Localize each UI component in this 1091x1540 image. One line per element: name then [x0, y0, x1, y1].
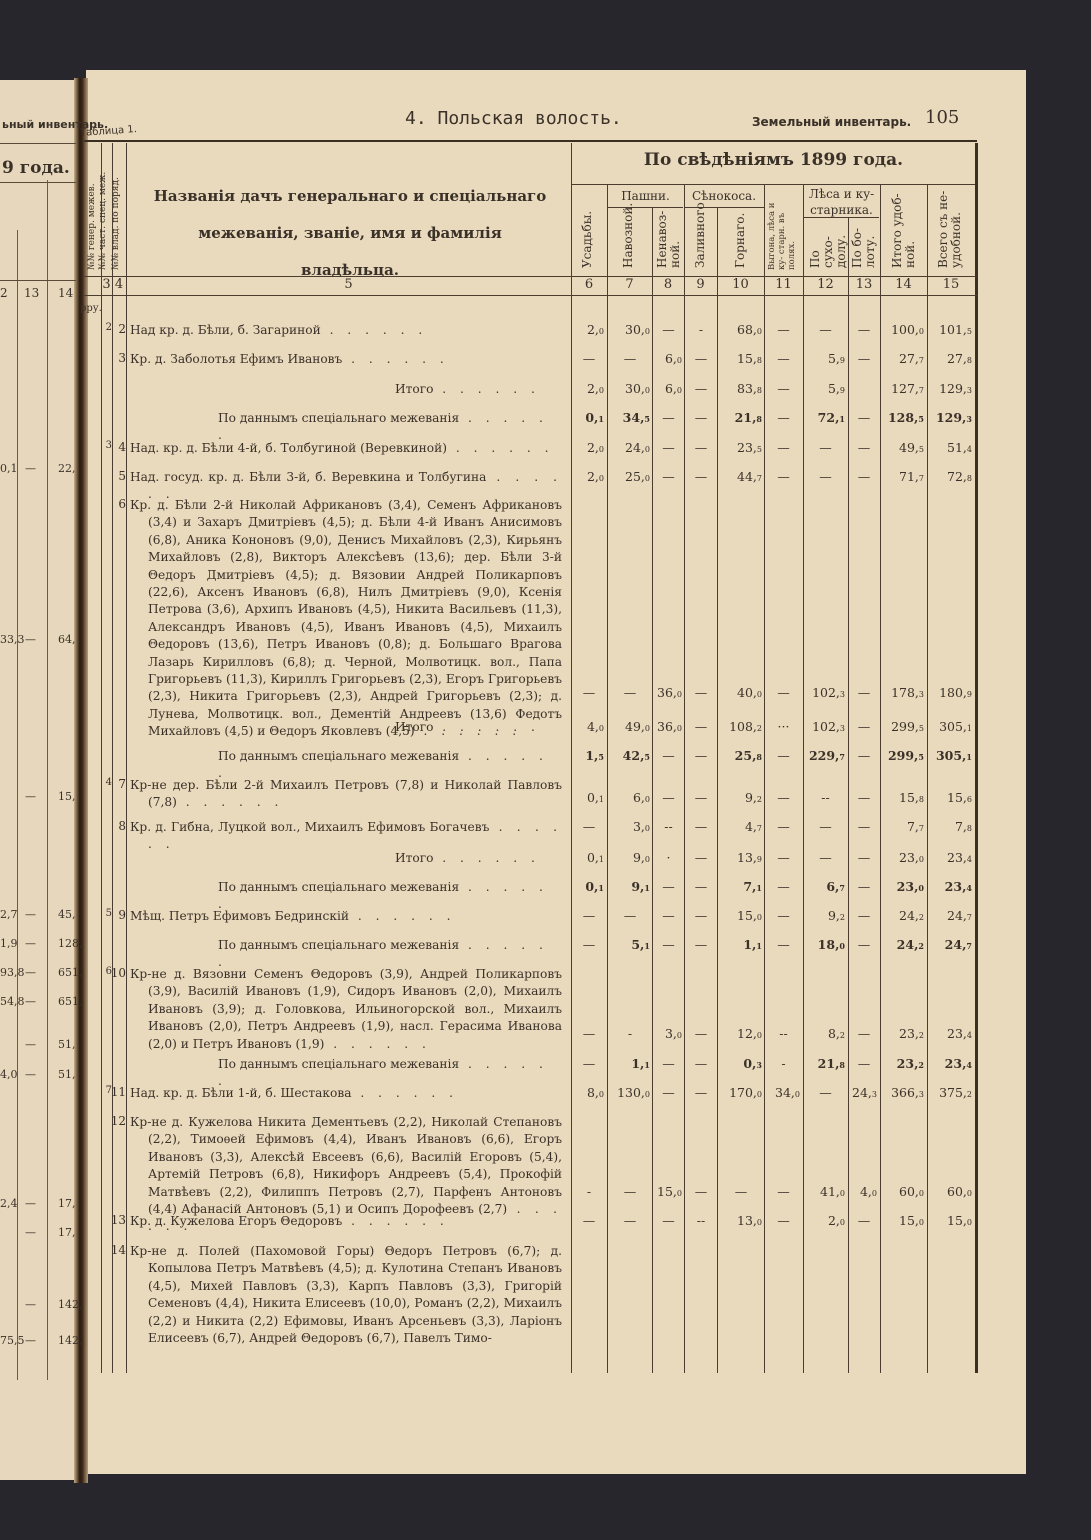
- col-header-part-survey: №№ част. спец. меж.: [97, 172, 110, 270]
- description-text: Над кр. д. Бѣли, б. Загариной: [130, 323, 321, 337]
- value-cell-col-8: 6,0: [652, 381, 682, 396]
- value-cell-col-8: —: [652, 322, 685, 337]
- description-text: Итого: [395, 720, 433, 734]
- row-description: Итого . . . . . .: [130, 381, 562, 398]
- value-cell-col-13: 24,3: [848, 1085, 877, 1100]
- row-description: Кр. д. Гибна, Луцкой вол., Михаилъ Ефимо…: [130, 819, 562, 854]
- row-description: Кр-не д. Полей (Пахомовой Горы) Θедоръ П…: [130, 1243, 562, 1347]
- value-cell-col-12: 41,0: [803, 1184, 845, 1199]
- value-cell-col-14: 23,0: [880, 879, 924, 894]
- left-value-c14: 15,: [58, 790, 76, 803]
- left-value-c14: 128,: [58, 937, 83, 950]
- value-cell-col-8: 15,0: [652, 1184, 682, 1199]
- value-cell-col-10: 9,2: [717, 790, 762, 805]
- value-cell-col-8: —: [652, 879, 685, 894]
- marginal-note: рру.: [80, 303, 102, 314]
- left-value-c13: —: [25, 790, 36, 803]
- owner-number: 2: [108, 322, 126, 336]
- row-description: Мѣщ. Петръ Ефимовъ Бедринскій . . . . . …: [130, 908, 562, 925]
- col-header-15: Всего съ не- удобной.: [937, 188, 963, 268]
- left-value-c12: 0,1: [0, 462, 18, 475]
- row-description: Кр-не д. Вязовни Семенъ Θедоровъ (3,9), …: [130, 966, 562, 1053]
- value-cell-col-7: 30,0: [607, 381, 650, 396]
- owner-number: 7: [108, 777, 126, 791]
- owner-number: 4: [108, 440, 126, 454]
- left-rule: [0, 143, 76, 144]
- owner-number: 14: [108, 1243, 126, 1257]
- col-num-4: 4: [112, 277, 126, 292]
- table-right-rule: [975, 143, 978, 1373]
- col-num-7: 7: [607, 277, 652, 292]
- value-cell-col-9: —: [684, 748, 718, 763]
- info-1899-header: По свѣдѣніямъ 1899 года.: [572, 150, 975, 170]
- left-value-c14: 51,: [58, 1038, 76, 1051]
- leader-dots: . . . . . .: [321, 323, 428, 337]
- left-value-c13: —: [25, 937, 36, 950]
- value-cell-col-14: 60,0: [880, 1184, 924, 1199]
- value-cell-col-7: 30,0: [607, 322, 650, 337]
- value-cell-col-6: —: [571, 937, 607, 952]
- leader-dots: . . . . . .: [349, 909, 456, 923]
- description-text: Над. госуд. кр. д. Бѣли 3-й, б. Веревкин…: [130, 470, 486, 484]
- value-cell-col-13: —: [848, 351, 880, 366]
- left-value-c14: 45,: [58, 908, 76, 921]
- value-cell-col-11: —: [764, 879, 803, 894]
- value-cell-col-15: 23,4: [927, 879, 972, 894]
- value-cell-col-8: —: [652, 440, 685, 455]
- row-description: Кр. д. Заболотья Ефимъ Ивановъ . . . . .…: [130, 351, 562, 368]
- col-num-10: 10: [717, 277, 764, 292]
- description-text: По даннымъ спеціальнаго межеванія: [218, 938, 459, 952]
- value-cell-col-7: 6,0: [607, 790, 650, 805]
- owner-number: 11: [108, 1085, 126, 1099]
- value-cell-col-11: —: [764, 748, 803, 763]
- value-cell-col-8: 36,0: [652, 685, 682, 700]
- description-text: Кр. д. Кужелова Егоръ Θедоровъ: [130, 1214, 342, 1228]
- value-cell-col-9: —: [684, 410, 718, 425]
- value-cell-col-14: 100,0: [880, 322, 924, 337]
- owner-number: 8: [108, 819, 126, 833]
- description-text: Мѣщ. Петръ Ефимовъ Бедринскій: [130, 909, 349, 923]
- value-cell-col-14: 27,7: [880, 351, 924, 366]
- value-cell-col-8: —: [652, 1056, 685, 1071]
- value-cell-col-15: 60,0: [927, 1184, 972, 1199]
- value-cell-col-13: —: [848, 790, 880, 805]
- value-cell-col-11: —: [764, 322, 803, 337]
- value-cell-col-10: 21,8: [717, 410, 762, 425]
- value-cell-col-11: —: [764, 908, 803, 923]
- value-cell-col-8: 36,0: [652, 719, 682, 734]
- description-text: Над. кр. д. Бѣли 1-й, б. Шестакова: [130, 1086, 351, 1100]
- value-cell-col-11: —: [764, 1213, 803, 1228]
- value-cell-col-7: —: [607, 908, 653, 923]
- left-value-c14: 17,: [58, 1197, 76, 1210]
- leader-dots: . . . . . .: [433, 851, 540, 865]
- col-header-13: По бо- лоту.: [851, 220, 877, 268]
- description-text: Кр-не д. Кужелова Никита Дементьевъ (2,2…: [130, 1115, 562, 1216]
- left-value-c13: —: [25, 633, 36, 646]
- value-cell-col-10: 0,3: [717, 1056, 762, 1071]
- left-year-heading: 9 года.: [2, 158, 70, 178]
- value-cell-col-12: 21,8: [803, 1056, 845, 1071]
- col-num-3: 3: [101, 277, 112, 292]
- value-cell-col-8: —: [652, 469, 685, 484]
- colnum-bottom-rule: [84, 295, 977, 296]
- value-cell-col-10: 15,8: [717, 351, 762, 366]
- value-cell-col-12: —: [803, 850, 848, 865]
- value-cell-col-6: 0,1: [571, 410, 604, 425]
- value-cell-col-13: —: [848, 819, 880, 834]
- value-cell-col-9: —: [684, 908, 718, 923]
- value-cell-col-6: —: [571, 685, 607, 700]
- col-header-8: Ненавоз- ной.: [656, 208, 682, 268]
- value-cell-col-10: 13,0: [717, 1213, 762, 1228]
- names-column-header: Названія дачъ генеральнаго и спеціальнаг…: [150, 178, 550, 289]
- col-num-6: 6: [571, 277, 607, 292]
- value-cell-col-15: 305,1: [927, 748, 972, 763]
- value-cell-col-13: —: [848, 937, 880, 952]
- value-cell-col-14: 15,8: [880, 790, 924, 805]
- left-value-c12: 54,8: [0, 995, 25, 1008]
- section-title: 4. Польская волость.: [405, 108, 622, 129]
- leader-dots: . . . . . .: [342, 1214, 449, 1228]
- description-text: Итого: [395, 851, 433, 865]
- description-text: По даннымъ спеціальнаго межеванія: [218, 749, 459, 763]
- description-text: Итого: [395, 382, 433, 396]
- value-cell-col-8: —: [652, 908, 685, 923]
- value-cell-col-11: —: [764, 937, 803, 952]
- leader-dots: . . . . . .: [177, 795, 284, 809]
- value-cell-col-10: 7,1: [717, 879, 762, 894]
- value-cell-col-6: 2,0: [571, 440, 604, 455]
- owner-number: 12: [108, 1114, 126, 1128]
- value-cell-col-13: —: [848, 685, 880, 700]
- description-text: По даннымъ спеціальнаго межеванія: [218, 880, 459, 894]
- value-cell-col-6: 2,0: [571, 322, 604, 337]
- description-text: Кр. д. Бѣли 2-й Николай Африкановъ (3,4)…: [130, 498, 562, 738]
- value-cell-col-10: 12,0: [717, 1026, 762, 1041]
- value-cell-col-12: 102,3: [803, 719, 845, 734]
- value-cell-col-14: 23,2: [880, 1026, 924, 1041]
- col-header-12: По сухо- долу.: [809, 220, 848, 268]
- value-cell-col-15: 24,7: [927, 908, 972, 923]
- description-text: Кр. д. Заболотья Ефимъ Ивановъ: [130, 352, 342, 366]
- value-cell-col-12: 72,1: [803, 410, 845, 425]
- value-cell-col-7: 1,1: [607, 1056, 650, 1071]
- value-cell-col-11: —: [764, 850, 803, 865]
- value-cell-col-10: —: [717, 1184, 765, 1199]
- value-cell-col-12: 8,2: [803, 1026, 845, 1041]
- row-description: Кр. д. Кужелова Егоръ Θедоровъ . . . . .…: [130, 1213, 562, 1230]
- value-cell-col-14: 49,5: [880, 440, 924, 455]
- value-cell-col-13: —: [848, 1056, 880, 1071]
- leader-dots: . . . . . .: [447, 441, 554, 455]
- value-cell-col-7: 42,5: [607, 748, 650, 763]
- value-cell-col-13: —: [848, 440, 880, 455]
- owner-number: 13: [108, 1213, 126, 1227]
- value-cell-col-7: 9,1: [607, 879, 650, 894]
- value-cell-col-9: —: [684, 1026, 718, 1041]
- col-header-14: Итого удоб- ной.: [891, 188, 917, 268]
- leader-dots: . . . . . .: [433, 720, 540, 734]
- value-cell-col-9: —: [684, 381, 718, 396]
- left-value-c14: 651,: [58, 966, 83, 979]
- description-text: Над. кр. д. Бѣли 4-й, б. Толбугиной (Вер…: [130, 441, 447, 455]
- owner-number: 10: [108, 966, 126, 980]
- value-cell-col-6: 0,1: [571, 879, 604, 894]
- value-cell-col-14: 7,7: [880, 819, 924, 834]
- value-cell-col-9: —: [684, 1085, 718, 1100]
- value-cell-col-9: —: [684, 719, 718, 734]
- value-cell-col-9: —: [684, 850, 718, 865]
- left-rule: [0, 182, 76, 183]
- description-text: По даннымъ спеціальнаго межеванія: [218, 411, 459, 425]
- value-cell-col-12: 102,3: [803, 685, 845, 700]
- value-cell-col-11: —: [764, 381, 803, 396]
- col-num-14: 14: [880, 277, 927, 292]
- value-cell-col-13: —: [848, 322, 880, 337]
- col-header-7: Навозной.: [622, 203, 635, 268]
- value-cell-col-7: —: [607, 685, 653, 700]
- value-cell-col-9: —: [684, 879, 718, 894]
- left-value-c14: 17,: [58, 1226, 76, 1239]
- value-cell-col-11: —: [764, 819, 803, 834]
- value-cell-col-6: 0,1: [571, 850, 604, 865]
- value-cell-col-15: 129,3: [927, 381, 972, 396]
- value-cell-col-6: 8,0: [571, 1085, 604, 1100]
- value-cell-col-14: 71,7: [880, 469, 924, 484]
- value-cell-col-10: 68,0: [717, 322, 762, 337]
- value-cell-col-6: —: [571, 819, 607, 834]
- book-gutter: [74, 78, 88, 1483]
- value-cell-col-9: --: [684, 1213, 718, 1228]
- owner-number: 5: [108, 469, 126, 483]
- description-text: По даннымъ спеціальнаго межеванія: [218, 1057, 459, 1071]
- value-cell-col-14: 24,2: [880, 937, 924, 952]
- col-header-6: Усадьбы.: [581, 211, 594, 268]
- page-number: 105: [925, 107, 959, 128]
- value-cell-col-7: —: [607, 1184, 653, 1199]
- description-text: Кр. д. Гибна, Луцкой вол., Михаилъ Ефимо…: [130, 820, 489, 834]
- value-cell-col-13: —: [848, 908, 880, 923]
- value-cell-col-10: 15,0: [717, 908, 762, 923]
- value-cell-col-15: 51,4: [927, 440, 972, 455]
- value-cell-col-9: —: [684, 469, 718, 484]
- leader-dots: . . . . . .: [433, 382, 540, 396]
- value-cell-col-10: 83,8: [717, 381, 762, 396]
- value-cell-col-12: 229,7: [803, 748, 845, 763]
- value-cell-col-11: —: [764, 790, 803, 805]
- value-cell-col-15: 72,8: [927, 469, 972, 484]
- value-cell-col-6: —: [571, 1213, 607, 1228]
- value-cell-col-13: 4,0: [848, 1184, 877, 1199]
- value-cell-col-8: —: [652, 790, 685, 805]
- row-description: Итого . . . . . .: [130, 719, 562, 736]
- left-value-c13: —: [25, 908, 36, 921]
- value-cell-col-6: 4,0: [571, 719, 604, 734]
- left-col-number: 13: [24, 286, 39, 300]
- row-description: Итого . . . . . .: [130, 850, 562, 867]
- group-arable: Пашни.: [607, 188, 684, 204]
- left-col-line: [47, 180, 48, 1380]
- col-num-5: 5: [126, 277, 571, 292]
- col-num-9: 9: [684, 277, 717, 292]
- value-cell-col-11: ···: [764, 719, 803, 734]
- col-num-8: 8: [652, 277, 684, 292]
- left-value-c12: 93,8: [0, 966, 25, 979]
- value-cell-col-10: 44,7: [717, 469, 762, 484]
- left-value-c13: —: [25, 1334, 36, 1347]
- left-value-c13: —: [25, 1038, 36, 1051]
- value-cell-col-14: 23,2: [880, 1056, 924, 1071]
- left-value-c14: 142,: [58, 1334, 83, 1347]
- col-num-15: 15: [927, 277, 975, 292]
- col-header-10: Горнаго.: [734, 213, 747, 268]
- value-cell-col-11: —: [764, 685, 803, 700]
- value-cell-col-11: —: [764, 469, 803, 484]
- value-cell-col-7: 34,5: [607, 410, 650, 425]
- value-cell-col-15: 129,3: [927, 410, 972, 425]
- value-cell-col-9: —: [684, 937, 718, 952]
- value-cell-col-7: 9,0: [607, 850, 650, 865]
- value-cell-col-14: 24,2: [880, 908, 924, 923]
- value-cell-col-11: —: [764, 351, 803, 366]
- value-cell-col-7: 49,0: [607, 719, 650, 734]
- value-cell-col-11: —: [764, 1184, 803, 1199]
- value-cell-col-13: —: [848, 1026, 880, 1041]
- value-cell-col-11: —: [764, 410, 803, 425]
- owner-number: 6: [108, 497, 126, 511]
- value-cell-col-14: 23,0: [880, 850, 924, 865]
- value-cell-col-8: —: [652, 1213, 685, 1228]
- value-cell-col-13: —: [848, 719, 880, 734]
- left-value-c13: —: [25, 966, 36, 979]
- value-cell-col-14: 128,5: [880, 410, 924, 425]
- table-top-rule: [84, 140, 977, 142]
- row-description: Кр-не дер. Бѣли 2-й Михаилъ Петровъ (7,8…: [130, 777, 562, 812]
- value-cell-col-6: —: [571, 1026, 607, 1041]
- col-header-11: Выгона, лѣса и ку- старн. въ полях.: [767, 188, 797, 270]
- value-cell-col-9: —: [684, 790, 718, 805]
- value-cell-col-15: 375,2: [927, 1085, 972, 1100]
- value-cell-col-12: —: [803, 322, 848, 337]
- left-value-c12: 2,7: [0, 908, 18, 921]
- value-cell-col-7: -: [607, 1026, 653, 1041]
- value-cell-col-8: —: [652, 1085, 685, 1100]
- value-cell-col-6: -: [571, 1184, 607, 1199]
- value-cell-col-15: 15,6: [927, 790, 972, 805]
- value-cell-col-15: 24,7: [927, 937, 972, 952]
- value-cell-col-7: 3,0: [607, 819, 650, 834]
- value-cell-col-12: 18,0: [803, 937, 845, 952]
- row-description: Кр. д. Бѣли 2-й Николай Африкановъ (3,4)…: [130, 497, 562, 741]
- left-value-c14: 22,: [58, 462, 76, 475]
- value-cell-col-13: —: [848, 1213, 880, 1228]
- value-cell-col-6: 0,1: [571, 790, 604, 805]
- row-description: Над. кр. д. Бѣли 4-й, б. Толбугиной (Вер…: [130, 440, 562, 457]
- value-cell-col-14: 299,5: [880, 719, 924, 734]
- value-cell-col-9: —: [684, 440, 718, 455]
- value-cell-col-14: 178,3: [880, 685, 924, 700]
- group-forest: Лѣса и ку- старника.: [803, 186, 880, 218]
- value-cell-col-13: —: [848, 469, 880, 484]
- col-num-12: 12: [803, 277, 848, 292]
- value-cell-col-6: 1,5: [571, 748, 604, 763]
- owner-number: 9: [108, 908, 126, 922]
- value-cell-col-11: -: [764, 1056, 803, 1071]
- value-cell-col-14: 127,7: [880, 381, 924, 396]
- value-cell-col-13: —: [848, 850, 880, 865]
- value-cell-col-15: 27,8: [927, 351, 972, 366]
- value-cell-col-10: 25,8: [717, 748, 762, 763]
- value-cell-col-6: 2,0: [571, 469, 604, 484]
- value-cell-col-12: 5,9: [803, 351, 845, 366]
- left-value-c14: 142,: [58, 1298, 83, 1311]
- value-cell-col-11: —: [764, 440, 803, 455]
- value-cell-col-15: 23,4: [927, 850, 972, 865]
- value-cell-col-7: —: [607, 1213, 653, 1228]
- value-cell-col-8: ·: [652, 850, 685, 865]
- value-cell-col-7: 130,0: [607, 1085, 650, 1100]
- left-col-number: 14: [58, 286, 73, 300]
- value-cell-col-11: 34,0: [764, 1085, 800, 1100]
- value-cell-col-7: —: [607, 351, 653, 366]
- value-cell-col-9: —: [684, 819, 718, 834]
- value-cell-col-9: —: [684, 351, 718, 366]
- value-cell-col-15: 180,9: [927, 685, 972, 700]
- value-cell-col-12: --: [803, 790, 848, 805]
- value-cell-col-7: 24,0: [607, 440, 650, 455]
- value-cell-col-8: 3,0: [652, 1026, 682, 1041]
- leader-dots: . . . . . .: [324, 1037, 431, 1051]
- value-cell-col-8: --: [652, 819, 685, 834]
- value-cell-col-12: —: [803, 469, 848, 484]
- left-value-c14: 51,: [58, 1068, 76, 1081]
- value-cell-col-12: 9,2: [803, 908, 845, 923]
- value-cell-col-12: 5,9: [803, 381, 845, 396]
- value-cell-col-11: --: [764, 1026, 803, 1041]
- value-cell-col-12: 2,0: [803, 1213, 845, 1228]
- row-description: Над. кр. д. Бѣли 1-й, б. Шестакова . . .…: [130, 1085, 562, 1102]
- left-value-c13: —: [25, 462, 36, 475]
- value-cell-col-8: —: [652, 748, 685, 763]
- value-cell-col-10: 108,2: [717, 719, 762, 734]
- value-cell-col-15: 305,1: [927, 719, 972, 734]
- description-text: Кр-не д. Полей (Пахомовой Горы) Θедоръ П…: [130, 1244, 562, 1345]
- value-cell-col-13: —: [848, 879, 880, 894]
- value-cell-col-12: 6,7: [803, 879, 845, 894]
- left-value-c12: 4,0: [0, 1068, 18, 1081]
- leader-dots: . . . . . .: [342, 352, 449, 366]
- left-value-c13: —: [25, 1068, 36, 1081]
- value-cell-col-10: 40,0: [717, 685, 762, 700]
- value-cell-col-9: -: [684, 322, 718, 337]
- row-description: Над кр. д. Бѣли, б. Загариной . . . . . …: [130, 322, 562, 339]
- value-cell-col-15: 23,4: [927, 1026, 972, 1041]
- value-cell-col-8: 6,0: [652, 351, 682, 366]
- left-value-c14: 64,: [58, 633, 76, 646]
- value-cell-col-9: —: [684, 685, 718, 700]
- left-value-c13: —: [25, 1298, 36, 1311]
- value-cell-col-14: 15,0: [880, 1213, 924, 1228]
- value-cell-col-14: 366,3: [880, 1085, 924, 1100]
- value-cell-col-7: 25,0: [607, 469, 650, 484]
- value-cell-col-6: —: [571, 351, 607, 366]
- col-num-13: 13: [848, 277, 880, 292]
- left-col-number: 2: [0, 286, 8, 300]
- left-value-c12: 75,5: [0, 1334, 25, 1347]
- value-cell-col-6: 2,0: [571, 381, 604, 396]
